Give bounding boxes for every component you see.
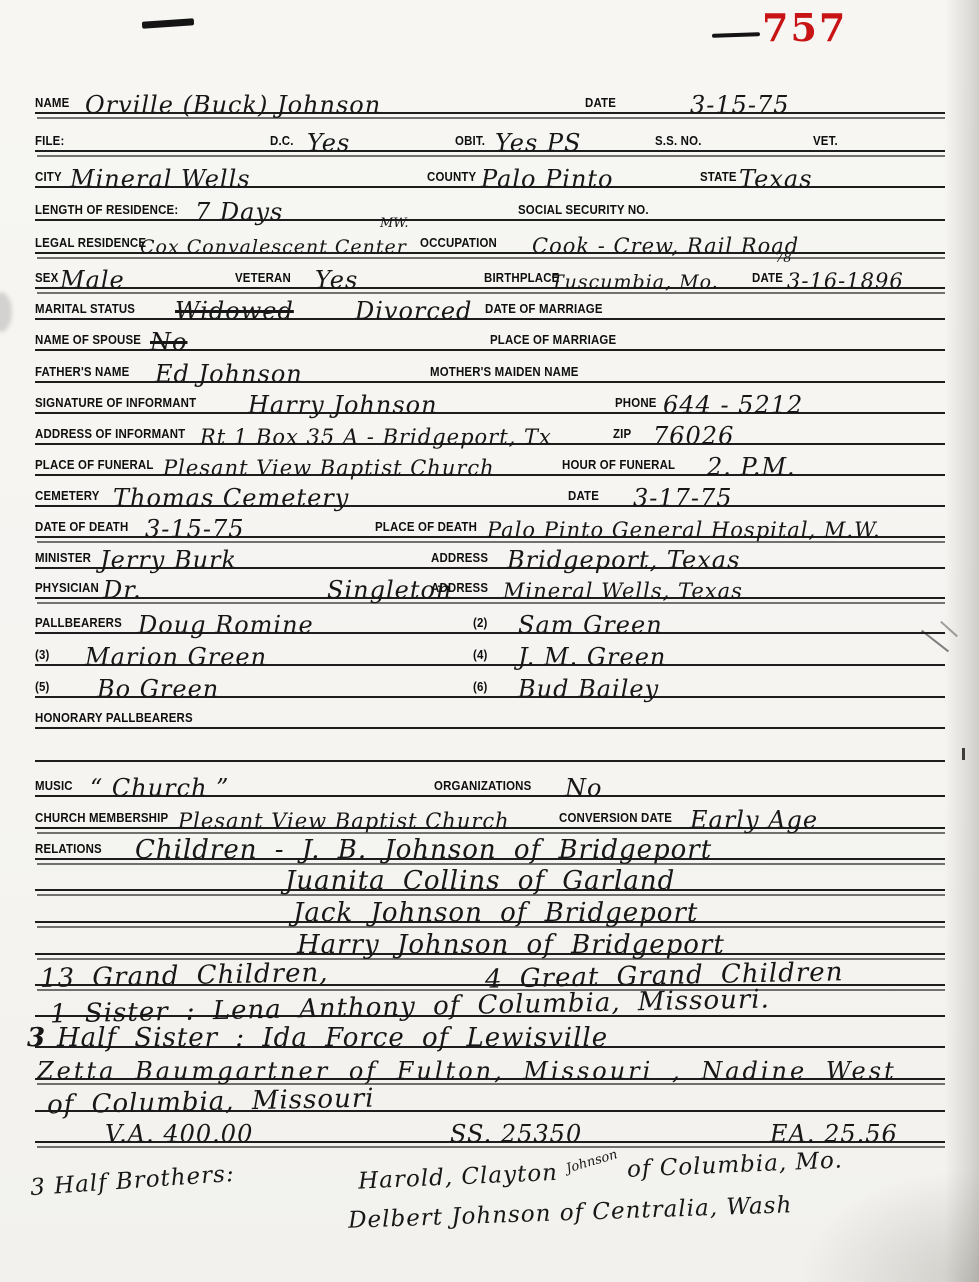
social-security-label: SOCIAL SECURITY NO. [518,202,649,217]
row-grandchildren: 13 Grand Children, 4 Great Grand Childre… [35,954,945,986]
state-value: Texas [739,167,813,191]
veteran-label: VETERAN [235,270,291,285]
row-sex-birth: SEX Male VETERAN Yes BIRTHPLACE Tuscumbi… [35,257,945,289]
church-membership-label: CHURCH MEMBERSHIP [35,810,168,825]
pallbearers-label: PALLBEARERS [35,615,122,630]
row-pallbearers-3: (5) Bo Green (6) Bud Bailey [35,666,945,698]
conversion-date-label: CONVERSION DATE [559,810,672,825]
cemetery-label: CEMETERY [35,488,100,503]
informant-address-label: ADDRESS OF INFORMANT [35,426,185,441]
mother-maiden-name-label: MOTHER'S MAIDEN NAME [430,364,579,379]
pallbearer-3-label: (3) [35,647,50,662]
length-of-residence-value: 7 Days [195,200,283,224]
row-blank [35,730,945,762]
row-minister: MINISTER Jerry Burk ADDRESS Bridgeport, … [35,537,945,569]
place-of-funeral-label: PLACE OF FUNERAL [35,457,153,472]
va-amount-value: V.A. 400.00 [105,1122,253,1146]
music-label: MUSIC [35,778,73,793]
row-file: FILE: D.C. Yes OBIT. Yes PS S.S. NO. VET… [35,120,945,152]
physician-address-value: Mineral Wells, Texas [503,581,743,602]
vet-label: VET. [813,133,838,148]
dc-label: D.C. [270,133,294,148]
burial-date-label: DATE [568,488,599,503]
legal-residence-note: MW. [380,216,409,231]
physician-address-label: ADDRESS [431,580,488,595]
half-brothers-names: Harold, Clayton [358,1160,559,1195]
birthdate-note: 78 [775,251,792,266]
minister-address-label: ADDRESS [431,550,488,565]
pen-dash-before-page-number [712,32,760,38]
spouse-label: NAME OF SPOUSE [35,332,141,347]
pallbearer-4-label: (4) [473,647,488,662]
county-value: Palo Pinto [481,167,614,191]
row-death: DATE OF DEATH 3-15-75 PLACE OF DEATH Pal… [35,506,945,538]
legal-residence-value: Cox Convalescent Center [140,238,407,257]
row-city: CITY Mineral Wells COUNTY Palo Pinto STA… [35,156,945,188]
file-label: FILE: [35,133,64,148]
birthplace-label: BIRTHPLACE [484,270,559,285]
birthdate-label: DATE [752,270,783,285]
occupation-value: Cook - Crew, Rail Road [532,236,799,257]
organizations-label: ORGANIZATIONS [434,778,531,793]
length-of-residence-label: LENGTH OF RESIDENCE: [35,202,178,217]
occupation-label: OCCUPATION [420,235,497,250]
half-brothers-line-1: Harold, Clayton Johnson of Columbia, Mo. [358,1149,844,1193]
row-informant-signature: SIGNATURE OF INFORMANT Harry Johnson PHO… [35,382,945,414]
pen-dash-top-left [142,18,194,29]
date-of-death-label: DATE OF DEATH [35,519,128,534]
pallbearer-5-label: (5) [35,679,50,694]
city-value: Mineral Wells [70,167,251,191]
obit-value: Yes PS [495,131,582,155]
date-label: DATE [585,95,616,110]
date-of-marriage-label: DATE OF MARRIAGE [485,301,603,316]
row-father: FATHER'S NAME Ed Johnson MOTHER'S MAIDEN… [35,351,945,383]
physician-prefix-value: Dr. [103,578,142,602]
honorary-pallbearers-label: HONORARY PALLBEARERS [35,710,193,725]
row-spouse: NAME OF SPOUSE No PLACE OF MARRIAGE [35,319,945,351]
pallbearer-2-label: (2) [473,615,488,630]
row-half-sister: 3 Half Sister : Ida Force of Lewisville [35,1016,945,1048]
row-relation-line: Juanita Collins of Garland [35,859,945,891]
row-half-sisters-continued: of Columbia, Missouri [35,1080,945,1112]
row-pallbearers-2: (3) Marion Green (4) J. M. Green [35,634,945,666]
row-physician: PHYSICIAN Dr. Singleton ADDRESS Mineral … [35,567,945,599]
county-label: COUNTY [427,169,476,184]
dc-value: Yes [307,131,350,155]
ss-amount-value: SS. 25350 [450,1122,582,1146]
row-informant-address: ADDRESS OF INFORMANT Rt 1 Box 35 A - Bri… [35,413,945,445]
state-label: STATE [700,169,737,184]
scanned-funeral-record: 757 NAME Orville (Buck) Johnson DATE 3-1… [0,0,979,1282]
city-label: CITY [35,169,62,184]
date-value: 3-15-75 [690,93,790,117]
row-relations: RELATIONS Children - J. B. Johnson of Br… [35,828,945,860]
scan-smudge [0,292,12,332]
row-relation-line: Jack Johnson of Bridgeport [35,891,945,923]
ea-amount-value: EA. 25.56 [770,1122,898,1146]
half-brothers-line-2: Delbert Johnson of Centralia, Wash [348,1194,793,1232]
minister-label: MINISTER [35,550,91,565]
row-relation-line: Harry Johnson of Bridgeport [35,923,945,955]
half-brothers-surname-note: Johnson [565,1148,619,1175]
row-marital-status: MARITAL STATUS Widowed Divorced DATE OF … [35,288,945,320]
row-legal-residence: LEGAL RESIDENCE Cox Convalescent Center … [35,222,945,254]
row-length-of-residence: LENGTH OF RESIDENCE: 7 Days SOCIAL SECUR… [35,189,945,221]
half-brothers-place: of Columbia, Mo. [627,1147,844,1182]
row-benefits: V.A. 400.00 SS. 25350 EA. 25.56 [35,1111,945,1143]
pallbearer-6-label: (6) [473,679,488,694]
row-pallbearers-1: PALLBEARERS Doug Romine (2) Sam Green [35,602,945,634]
zip-label: ZIP [613,426,631,441]
obit-label: OBIT. [455,133,485,148]
marital-status-label: MARITAL STATUS [35,301,135,316]
row-place-of-funeral: PLACE OF FUNERAL Plesant View Baptist Ch… [35,444,945,476]
page-number: 757 [762,5,847,50]
name-value: Orville (Buck) Johnson [85,93,381,117]
scan-artifact [962,748,965,760]
row-music: MUSIC “ Church ” ORGANIZATIONS No [35,765,945,797]
phone-label: PHONE [615,395,657,410]
row-church-membership: CHURCH MEMBERSHIP Plesant View Baptist C… [35,797,945,829]
father-name-label: FATHER'S NAME [35,364,129,379]
relations-label: RELATIONS [35,841,102,856]
hour-of-funeral-label: HOUR OF FUNERAL [562,457,675,472]
row-half-sisters-2: Zetta Baumgartner of Fulton, Missouri , … [35,1048,945,1080]
ssn-label: S.S. NO. [655,133,702,148]
legal-residence-label: LEGAL RESIDENCE [35,235,146,250]
name-label: NAME [35,95,69,110]
row-name-date: NAME Orville (Buck) Johnson DATE 3-15-75 [35,82,945,114]
row-cemetery: CEMETERY Thomas Cemetery DATE 3-17-75 [35,475,945,507]
row-sister: 1 Sister : Lena Anthony of Columbia, Mis… [35,985,945,1017]
informant-signature-label: SIGNATURE OF INFORMANT [35,395,196,410]
place-of-death-label: PLACE OF DEATH [375,519,477,534]
physician-label: PHYSICIAN [35,580,99,595]
row-honorary-pallbearers: HONORARY PALLBEARERS [35,697,945,729]
sex-label: SEX [35,270,58,285]
half-brothers-heading: 3 Half Brothers: [29,1163,235,1200]
place-of-marriage-label: PLACE OF MARRIAGE [490,332,616,347]
